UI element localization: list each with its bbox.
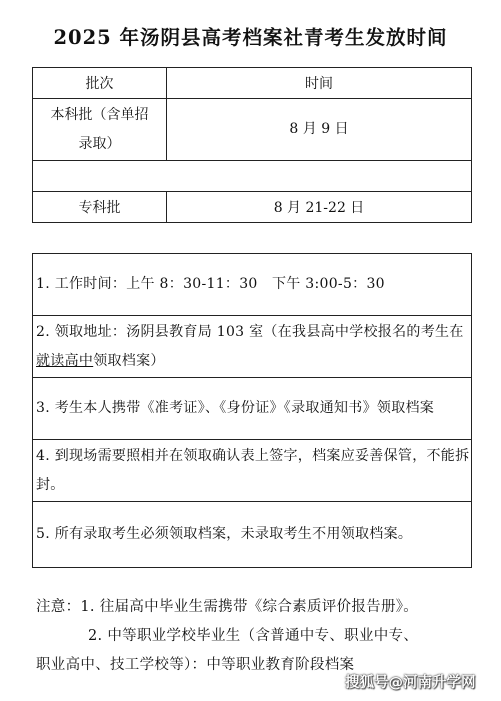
batch-cell-line2: 录取） — [33, 130, 166, 159]
notice-row: 4. 到现场需要照相并在领取确认表上签字，档案应妥善保管，不能拆封。 — [33, 440, 472, 502]
notice-all-admitted: 5. 所有录取考生必须领取档案，未录取考生不用领取档案。 — [33, 502, 472, 568]
notice-documents: 3. 考生本人携带《准考证》、《身份证》《录取通知书》领取档案 — [33, 378, 472, 440]
notice-address: 2. 领取地址：汤阴县教育局 103 室（在我县高中学校报名的考生在就读高中领取… — [33, 316, 472, 378]
time-cell: 8 月 9 日 — [167, 99, 472, 161]
batch-cell: 本科批（含单招 录取） — [33, 99, 167, 161]
notice-row: 3. 考生本人携带《准考证》、《身份证》《录取通知书》领取档案 — [33, 378, 472, 440]
document-title: 2025 年汤阴县高考档案社青考生发放时间 — [0, 22, 501, 50]
table-row: 本科批（含单招 录取） 8 月 9 日 — [33, 99, 472, 161]
table-row-empty — [33, 161, 472, 192]
notice-photo-sign: 4. 到现场需要照相并在领取确认表上签字，档案应妥善保管，不能拆封。 — [33, 440, 472, 502]
table-header-row: 批次 时间 — [33, 68, 472, 99]
batch-cell: 专科批 — [33, 192, 167, 223]
notice-table: 1. 工作时间：上午 8：30-11：30 下午 3:00-5：30 2. 领取… — [32, 253, 472, 568]
note-line-1: 注意：1. 往届高中毕业生需携带《综合素质评价报告册》。 — [36, 593, 496, 622]
header-batch: 批次 — [33, 68, 167, 99]
batch-schedule-table: 批次 时间 本科批（含单招 录取） 8 月 9 日 专科批 8 月 21-22 … — [32, 67, 472, 223]
table-row: 专科批 8 月 21-22 日 — [33, 192, 472, 223]
batch-cell-line1: 本科批（含单招 — [33, 101, 166, 130]
empty-cell — [33, 161, 472, 192]
notice-work-hours: 1. 工作时间：上午 8：30-11：30 下午 3:00-5：30 — [33, 254, 472, 316]
notice-address-text: 2. 领取地址：汤阴县教育局 103 室（在我县高中学校报名的考生在 — [36, 324, 464, 340]
note-line-2: 2. 中等职业学校毕业生（含普通中专、职业中专、 — [36, 622, 496, 651]
notice-row: 2. 领取地址：汤阴县教育局 103 室（在我县高中学校报名的考生在就读高中领取… — [33, 316, 472, 378]
header-time: 时间 — [167, 68, 472, 99]
time-cell: 8 月 21-22 日 — [167, 192, 472, 223]
notice-row: 5. 所有录取考生必须领取档案，未录取考生不用领取档案。 — [33, 502, 472, 568]
notice-address-tail: 领取档案） — [93, 353, 165, 369]
notice-row: 1. 工作时间：上午 8：30-11：30 下午 3:00-5：30 — [33, 254, 472, 316]
watermark: 搜狐号@河南升学网 — [345, 671, 476, 692]
notes-section: 注意：1. 往届高中毕业生需携带《综合素质评价报告册》。 2. 中等职业学校毕业… — [36, 593, 496, 680]
underlined-text: 就读高中 — [36, 353, 93, 369]
